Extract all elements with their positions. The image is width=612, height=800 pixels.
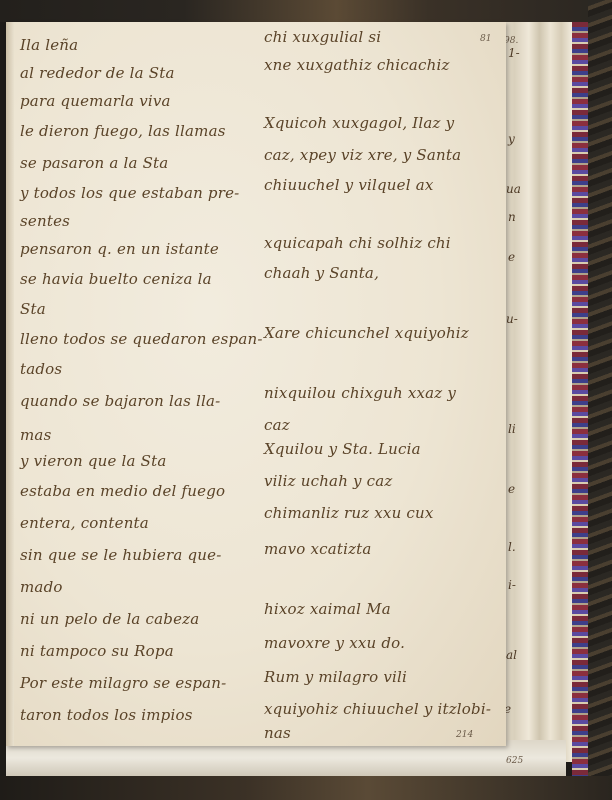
left-line: quando se bajaron las lla- xyxy=(20,392,220,410)
right-line: chaah y Santa, xyxy=(264,264,379,282)
right-line: hixoz xaimal Ma xyxy=(264,600,391,618)
right-line: xquicapah chi solhiz chi xyxy=(264,234,451,252)
left-line: al rededor de la Sta xyxy=(20,64,175,82)
margin-fragment: al xyxy=(506,648,517,662)
left-line: mado xyxy=(20,578,63,596)
right-line: nas xyxy=(264,724,291,742)
margin-fragment: n xyxy=(508,210,516,224)
margin-fragment: l. xyxy=(508,540,516,554)
right-line: Xare chicunchel xquiyohiz xyxy=(264,324,469,342)
margin-fragment: y xyxy=(508,132,515,146)
left-line: lleno todos se quedaron espan- xyxy=(20,330,263,348)
margin-fragment: u- xyxy=(506,312,518,326)
right-line: chimanliz ruz xxu cux xyxy=(264,504,434,522)
folio-number-alt: 98. xyxy=(504,36,518,46)
right-line: chi xuxgulial si xyxy=(264,28,381,46)
left-line: mas xyxy=(20,426,51,444)
left-line: tados xyxy=(20,360,62,378)
right-line: viliz uchah y caz xyxy=(264,472,393,490)
page-gutter-edge xyxy=(6,22,14,746)
left-line: se pasaron a la Sta xyxy=(20,154,168,172)
page-number: 214 xyxy=(456,730,473,740)
page-leaves-stack: 1- y ua n e u- li e l. i- al e 98. xyxy=(500,22,572,762)
margin-fragment: e xyxy=(508,250,515,264)
binding-board-right xyxy=(588,0,612,800)
right-line: chiuuchel y vilquel ax xyxy=(264,176,434,194)
left-line: se havia buelto ceniza la xyxy=(20,270,212,288)
left-line: para quemarla viva xyxy=(20,92,171,110)
margin-fragment: e xyxy=(508,482,515,496)
left-line: y vieron que la Sta xyxy=(20,452,166,470)
left-line: ni un pelo de la cabeza xyxy=(20,610,199,628)
left-line: pensaron q. en un istante xyxy=(20,240,219,258)
right-line: Xquilou y Sta. Lucia xyxy=(264,440,421,458)
binding-board-top xyxy=(0,0,612,22)
margin-fragment: li xyxy=(508,422,516,436)
right-line: Xquicoh xuxgagol, Ilaz y xyxy=(264,114,454,132)
right-line: mavoxre y xxu do. xyxy=(264,634,405,652)
archive-number: 625 xyxy=(506,756,523,766)
left-line: entera, contenta xyxy=(20,514,149,532)
right-line: nixquilou chixguh xxaz y xyxy=(264,384,456,402)
left-line: Sta xyxy=(20,300,46,318)
left-line: y todos los que estaban pre- xyxy=(20,184,239,202)
left-line: Por este milagro se espan- xyxy=(20,674,226,692)
margin-fragment: ua xyxy=(506,182,521,196)
margin-fragment: i- xyxy=(508,578,516,592)
right-line: Rum y milagro vili xyxy=(264,668,407,686)
marbled-edge xyxy=(572,22,588,782)
right-line: xne xuxgathiz chicachiz xyxy=(264,56,450,74)
binding-board-bottom xyxy=(0,776,612,800)
right-line: mavo xcatizta xyxy=(264,540,372,558)
right-line: xquiyohiz chiuuchel y itzlobi- xyxy=(264,700,491,718)
left-line: taron todos los impios xyxy=(20,706,193,724)
left-line: estaba en medio del fuego xyxy=(20,482,225,500)
left-line: le dieron fuego, las llamas xyxy=(20,122,226,140)
right-line: caz, xpey viz xre, y Santa xyxy=(264,146,461,164)
right-line: caz xyxy=(264,416,290,434)
left-line: Ila leña xyxy=(20,36,78,54)
folio-number: 81 xyxy=(480,34,491,44)
left-line: ni tampoco su Ropa xyxy=(20,642,174,660)
margin-fragment: 1- xyxy=(508,46,520,60)
manuscript-page: 81 Ila leña al rededor de la Sta para qu… xyxy=(6,22,506,746)
left-line: sentes xyxy=(20,212,70,230)
left-line: sin que se le hubiera que- xyxy=(20,546,222,564)
